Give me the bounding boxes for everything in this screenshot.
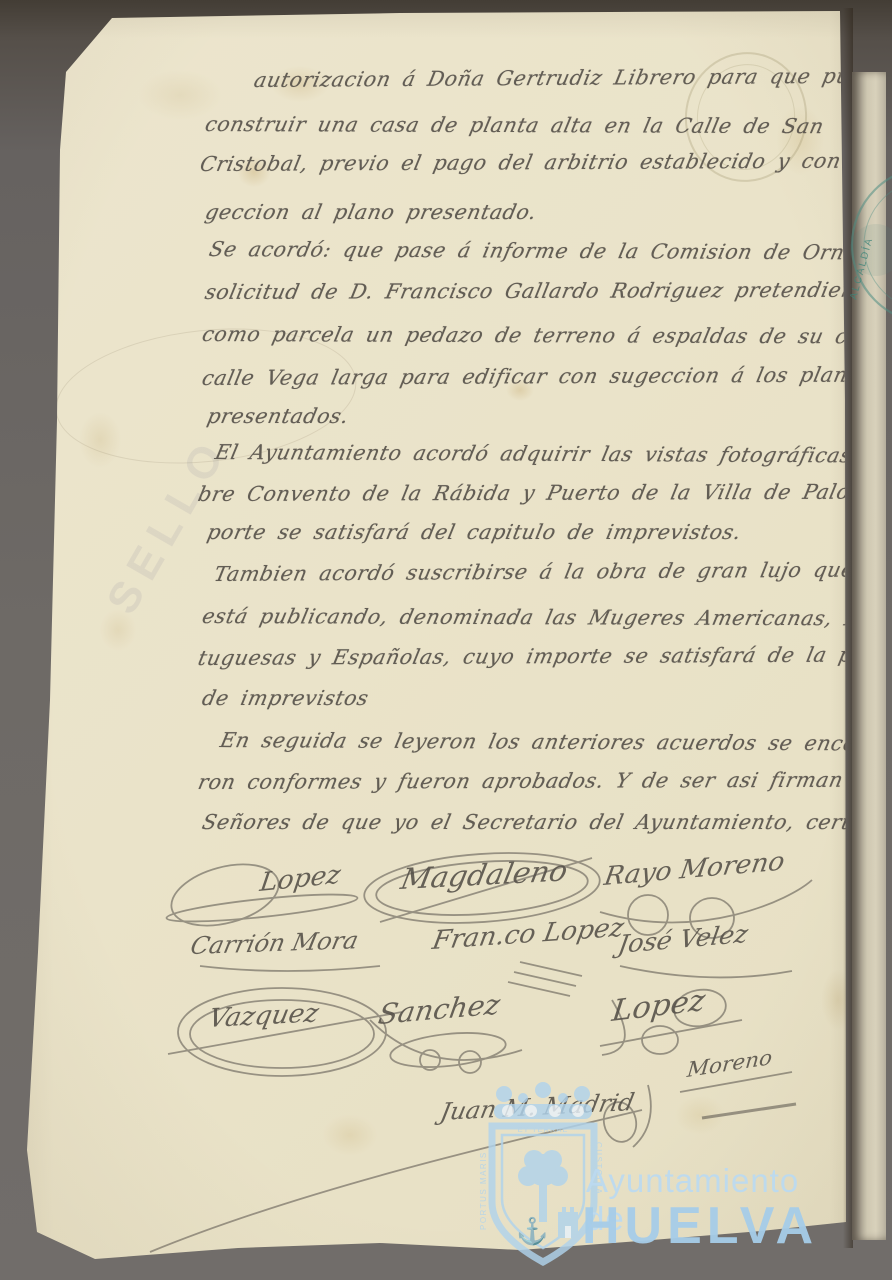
manuscript-line: está publicando, denominada las Mugeres … [200, 604, 892, 630]
manuscript-line: Se acordó: que pase á informe de la Comi… [207, 237, 892, 265]
manuscript-line: construir una casa de planta alta en la … [203, 112, 826, 138]
manuscript-line: calle Vega larga para edificar con sugec… [200, 362, 874, 390]
signature: José Velez [616, 919, 750, 959]
manuscript-line: geccion al plano presentado. [203, 200, 539, 224]
manuscript-line: Tambien acordó suscribirse á la obra de … [212, 557, 892, 586]
manuscript-line: El Ayuntamiento acordó adquirir las vist… [213, 440, 892, 468]
manuscript-line: presentados. [205, 404, 351, 428]
manuscript-line: Cristobal, previo el pago del arbitrio e… [198, 148, 888, 176]
paper-vignette [0, 0, 892, 1280]
photo-backdrop: SELLO autorizacion á Doña Gertrudiz Libr… [0, 0, 892, 1280]
signature: Lopez [610, 983, 707, 1029]
signature: Juan M. Madrid [438, 1088, 637, 1126]
signature: Fran.co Lopez [430, 913, 626, 956]
manuscript-page: SELLO autorizacion á Doña Gertrudiz Libr… [0, 0, 892, 1280]
manuscript-line: autorizacion á Doña Gertrudiz Librero pa… [252, 64, 892, 92]
manuscript-line: solicitud de D. Francisco Gallardo Rodri… [203, 278, 885, 304]
signature: Vazquez [206, 998, 321, 1034]
manuscript-line: Señores de que yo el Secretario del Ayun… [200, 810, 892, 834]
signature: Moreno [686, 1045, 773, 1082]
signature: Carrión Mora [188, 926, 361, 960]
manuscript-line: bre Convento de la Rábida y Puerto de la… [196, 479, 892, 506]
manuscript-line: como parcela un pedazo de terreno á espa… [200, 322, 887, 348]
manuscript-line: de imprevistos [200, 686, 371, 710]
foxing-stains [0, 0, 892, 1280]
signature: Sanchez [376, 988, 502, 1031]
alcaldia-stamp: ALCALDÍA [846, 150, 892, 370]
signature: Lopez [258, 860, 343, 898]
manuscript-line: En seguida se leyeron los anteriores acu… [218, 728, 892, 756]
signature: Magdaleno [398, 853, 571, 896]
manuscript-line: ron conformes y fueron aprobados. Y de s… [196, 767, 892, 794]
signature: Rayo Moreno [602, 847, 787, 892]
signature-flourishes [0, 0, 892, 1280]
manuscript-line: tuguesas y Españolas, cuyo importe se sa… [196, 642, 892, 670]
manuscript-line: porte se satisfará del capitulo de impre… [205, 520, 744, 544]
